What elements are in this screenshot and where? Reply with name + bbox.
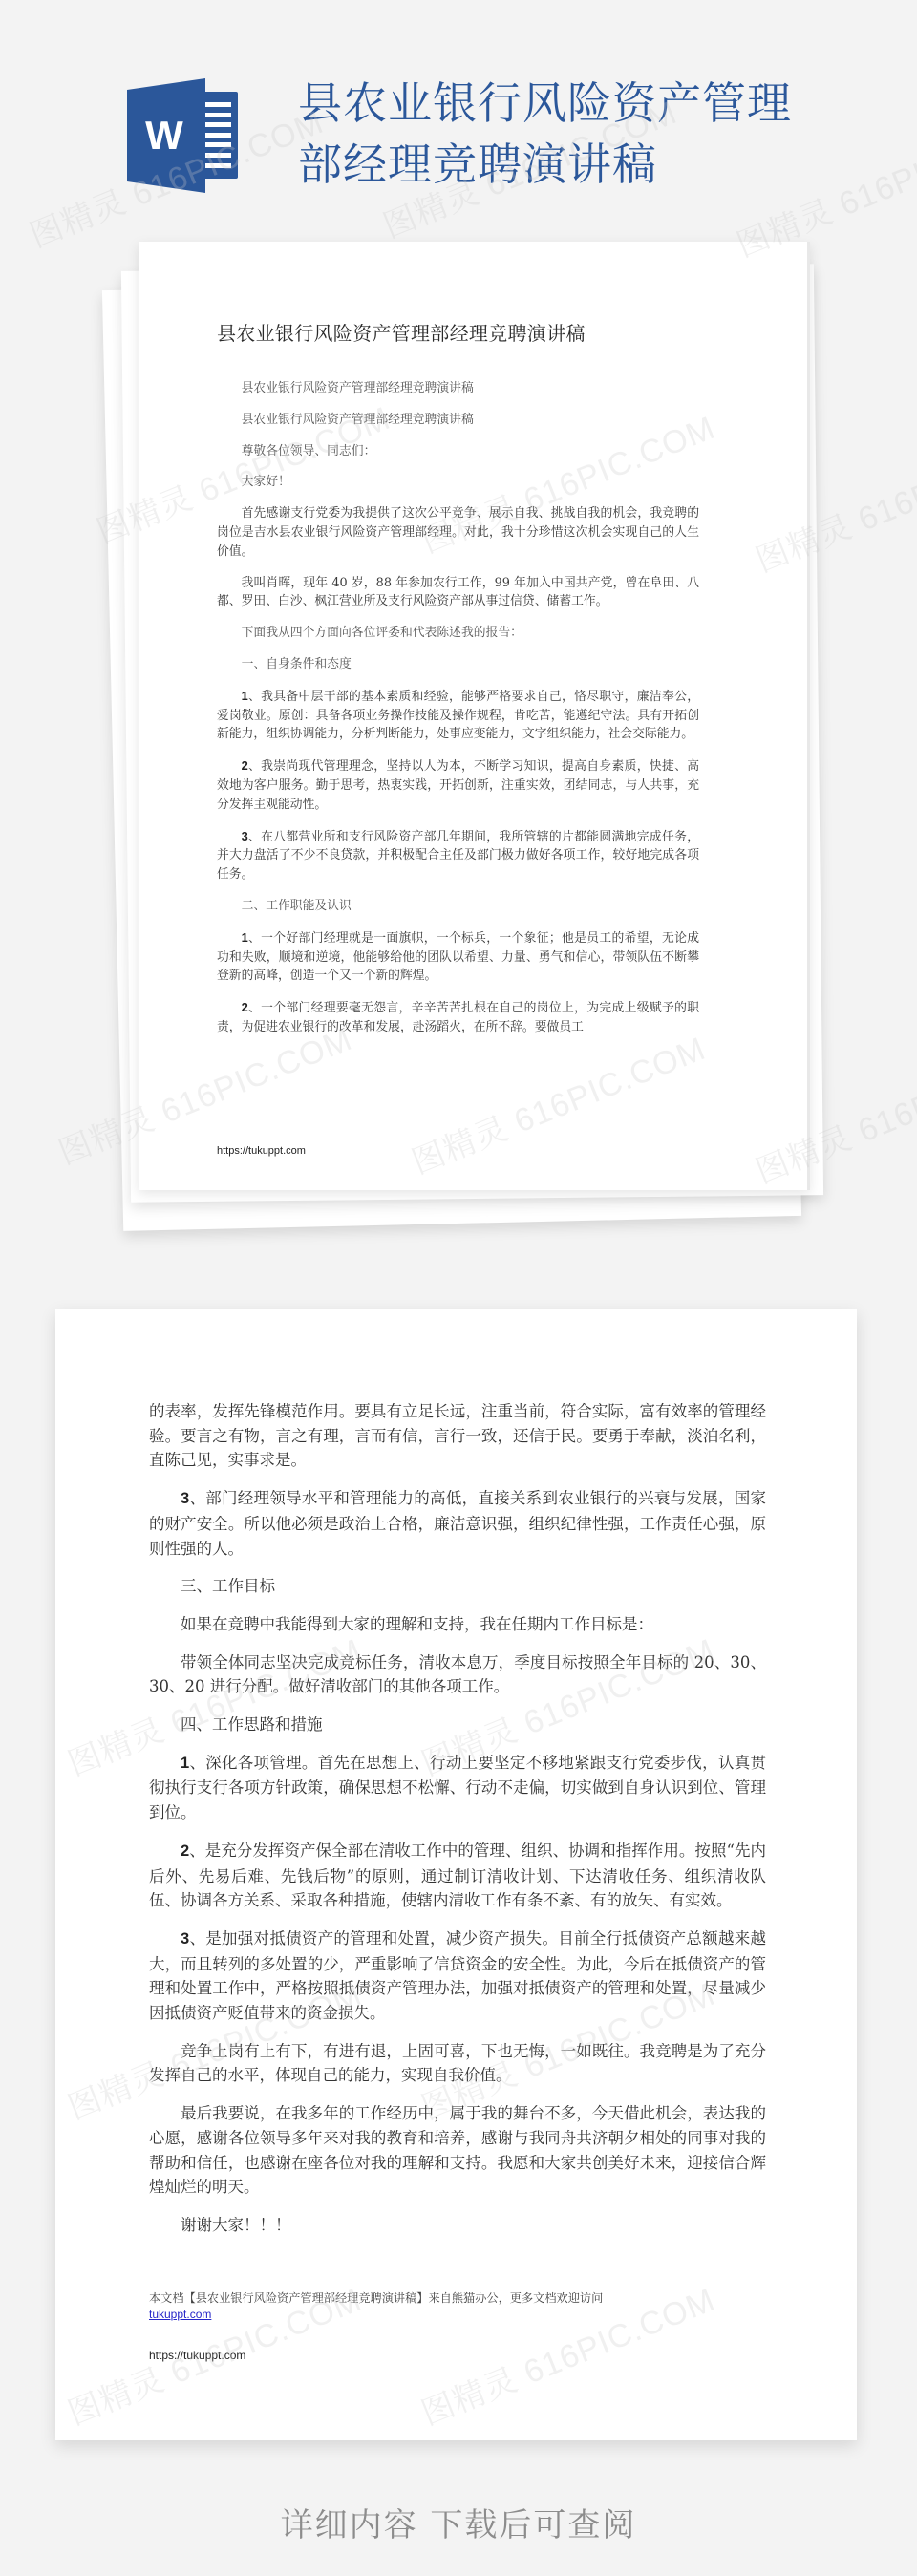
paragraph-text: 、部门经理领导水平和管理能力的高低，直接关系到农业银行的兴衰与发展，国家的财产安… <box>149 1489 766 1557</box>
credit-link[interactable]: tukuppt.com <box>149 2308 211 2321</box>
source-credit: 本文档【县农业银行风险资产管理部经理竞聘演讲稿】来自熊猫办公，更多文档欢迎访问 … <box>149 2290 779 2323</box>
paragraph-text: 最后我要说，在我多年的工作经历中，属于我的舞台不多，今天借此机会，表达我的心愿，… <box>149 2104 766 2196</box>
paragraph: 一、自身条件和态度 <box>217 655 699 674</box>
document-page-2: 的表率，发挥先锋模范作用。要具有立足长远，注重当前，符合实际，富有效率的管理经验… <box>55 1309 857 2440</box>
item-number: 3 <box>181 1930 189 1948</box>
paragraph: 我叫肖晖，现年 40 岁，88 年参加农行工作，99 年加入中国共产党，曾在阜田… <box>217 574 699 612</box>
paragraph-text: 竞争上岗有上有下，有进有退，上固可喜，下也无悔，一如既往。我竞聘是为了充分发挥自… <box>149 2042 766 2085</box>
paragraph-text: 、在八都营业所和支行风险资产部几年期间，我所管辖的片都能圆满地完成任务，并大力盘… <box>217 830 699 883</box>
paragraph-text: 带领全体同志坚决完成竞标任务，清收本息万，季度目标按照全年目标的 20、30、3… <box>149 1653 766 1696</box>
paragraph: 竞争上岗有上有下，有进有退，上固可喜，下也无悔，一如既往。我竞聘是为了充分发挥自… <box>149 2039 766 2088</box>
paragraph-text: 如果在竞聘中我能得到大家的理解和支持，我在任期内工作目标是： <box>181 1615 653 1633</box>
paragraph-text: 二、工作职能及认识 <box>242 899 352 913</box>
paragraph-text: 四、工作思路和措施 <box>181 1715 323 1734</box>
paragraph: 下面我从四个方面向各位评委和代表陈述我的报告： <box>217 624 699 643</box>
paragraph-text: 县农业银行风险资产管理部经理竞聘演讲稿 <box>242 413 474 427</box>
paragraph: 2、一个部门经理要毫无怨言，辛辛苦苦扎根在自己的岗位上，为完成上级赋予的职责，为… <box>217 998 699 1037</box>
paragraph: 首先感谢支行党委为我提供了这次公平竞争、展示自我、挑战自我的机会，我竞聘的岗位是… <box>217 504 699 561</box>
paragraph: 谢谢大家！！！ <box>149 2213 766 2238</box>
paragraph-text: 下面我从四个方面向各位评委和代表陈述我的报告： <box>242 626 522 640</box>
item-number: 1 <box>181 1755 189 1772</box>
paragraph-text: 、我具备中层干部的基本素质和经验，能够严格要求自己，恪尽职守，廉洁奉公，爱岗敬业… <box>217 690 699 742</box>
paragraph: 2、是充分发挥资产保全部在清收工作中的管理、组织、协调和指挥作用。按照“先内后外… <box>149 1839 766 1913</box>
page-title: 县农业银行风险资产管理部经理竞聘演讲稿 <box>298 73 833 195</box>
paragraph: 尊敬各位领导、同志们： <box>217 442 699 461</box>
paragraph-text: 县农业银行风险资产管理部经理竞聘演讲稿 <box>242 381 474 395</box>
paragraph-text: 、一个好部门经理就是一面旗帜，一个标兵，一个象征；他是员工的希望，无论成功和失败… <box>217 931 699 984</box>
paragraph-text: 、我崇尚现代管理理念，坚持以人为本，不断学习知识，提高自身素质，快捷、高效地为客… <box>217 759 699 812</box>
header-banner: W 县农业银行风险资产管理部经理竞聘演讲稿 <box>0 0 917 220</box>
paragraph: 3、部门经理领导水平和管理能力的高低，直接关系到农业银行的兴衰与发展，国家的财产… <box>149 1486 766 1561</box>
paragraph: 2、我崇尚现代管理理念，坚持以人为本，不断学习知识，提高自身素质，快捷、高效地为… <box>217 756 699 814</box>
paragraph: 大家好！ <box>217 473 699 492</box>
paragraph-text: 、是充分发挥资产保全部在清收工作中的管理、组织、协调和指挥作用。按照“先内后外、… <box>149 1842 766 1909</box>
paragraph: 如果在竞聘中我能得到大家的理解和支持，我在任期内工作目标是： <box>149 1612 766 1637</box>
document-body-2: 的表率，发挥先锋模范作用。要具有立足长远，注重当前，符合实际，富有效率的管理经验… <box>149 1399 766 2251</box>
paragraph-text: 的表率，发挥先锋模范作用。要具有立足长远，注重当前，符合实际，富有效率的管理经验… <box>149 1402 766 1469</box>
paragraph: 最后我要说，在我多年的工作经历中，属于我的舞台不多，今天借此机会，表达我的心愿，… <box>149 2101 766 2200</box>
word-icon-letter: W <box>145 113 183 159</box>
item-number: 2 <box>242 758 248 773</box>
paragraph: 3、是加强对抵债资产的管理和处置，减少资产损失。目前全行抵债资产总额越来越大，而… <box>149 1927 766 2026</box>
document-body-1: 县农业银行风险资产管理部经理竞聘演讲稿县农业银行风险资产管理部经理竞聘演讲稿尊敬… <box>217 379 699 1050</box>
page-footer-url: https://tukuppt.com <box>149 2349 245 2362</box>
item-number: 3 <box>181 1490 189 1507</box>
paragraph-text: 尊敬各位领导、同志们： <box>242 444 376 458</box>
paragraph: 县农业银行风险资产管理部经理竞聘演讲稿 <box>217 379 699 398</box>
paragraph-text: 首先感谢支行党委为我提供了这次公平竞争、展示自我、挑战自我的机会，我竞聘的岗位是… <box>217 506 699 559</box>
paragraph: 1、深化各项管理。首先在思想上、行动上要坚定不移地紧跟支行党委步伐，认真贯彻执行… <box>149 1751 766 1825</box>
item-number: 1 <box>242 689 248 703</box>
paragraph-text: 一、自身条件和态度 <box>242 657 352 671</box>
paragraph: 带领全体同志坚决完成竞标任务，清收本息万，季度目标按照全年目标的 20、30、3… <box>149 1650 766 1699</box>
paragraph: 1、我具备中层干部的基本素质和经验，能够严格要求自己，恪尽职守，廉洁奉公，爱岗敬… <box>217 687 699 744</box>
item-number: 1 <box>242 930 248 945</box>
item-number: 2 <box>181 1842 189 1860</box>
download-hint: 详细内容 下载后可查阅 <box>0 2499 917 2545</box>
paragraph-text: 、一个部门经理要毫无怨言，辛辛苦苦扎根在自己的岗位上，为完成上级赋予的职责，为促… <box>217 1001 699 1034</box>
paragraph: 四、工作思路和措施 <box>149 1713 766 1737</box>
paragraph-text: 我叫肖晖，现年 40 岁，88 年参加农行工作，99 年加入中国共产党，曾在阜田… <box>217 576 699 609</box>
paragraph: 的表率，发挥先锋模范作用。要具有立足长远，注重当前，符合实际，富有效率的管理经验… <box>149 1399 766 1473</box>
page-footer-url: https://tukuppt.com <box>217 1145 306 1157</box>
paragraph-text: 大家好！ <box>242 475 290 489</box>
paragraph-text: 、深化各项管理。首先在思想上、行动上要坚定不移地紧跟支行党委步伐，认真贯彻执行支… <box>149 1754 766 1821</box>
document-page-1: 县农业银行风险资产管理部经理竞聘演讲稿 县农业银行风险资产管理部经理竞聘演讲稿县… <box>139 242 810 1190</box>
paragraph: 1、一个好部门经理就是一面旗帜，一个标兵，一个象征；他是员工的希望，无论成功和失… <box>217 928 699 986</box>
document-title: 县农业银行风险资产管理部经理竞聘演讲稿 <box>217 318 586 346</box>
paragraph-text: 谢谢大家！！！ <box>181 2216 291 2234</box>
paragraph: 县农业银行风险资产管理部经理竞聘演讲稿 <box>217 411 699 430</box>
word-icon-cover: W <box>127 78 205 193</box>
paragraph: 三、工作目标 <box>149 1574 766 1599</box>
item-number: 3 <box>242 829 248 843</box>
paragraph-text: 三、工作目标 <box>181 1577 275 1595</box>
word-document-icon: W <box>127 78 232 193</box>
credit-text: 本文档【县农业银行风险资产管理部经理竞聘演讲稿】来自熊猫办公，更多文档欢迎访问 <box>149 2291 603 2305</box>
item-number: 2 <box>242 1000 248 1014</box>
paragraph: 3、在八都营业所和支行风险资产部几年期间，我所管辖的片都能圆满地完成任务，并大力… <box>217 827 699 884</box>
paragraph: 二、工作职能及认识 <box>217 897 699 916</box>
paragraph-text: 、是加强对抵债资产的管理和处置，减少资产损失。目前全行抵债资产总额越来越大，而且… <box>149 1929 766 2022</box>
